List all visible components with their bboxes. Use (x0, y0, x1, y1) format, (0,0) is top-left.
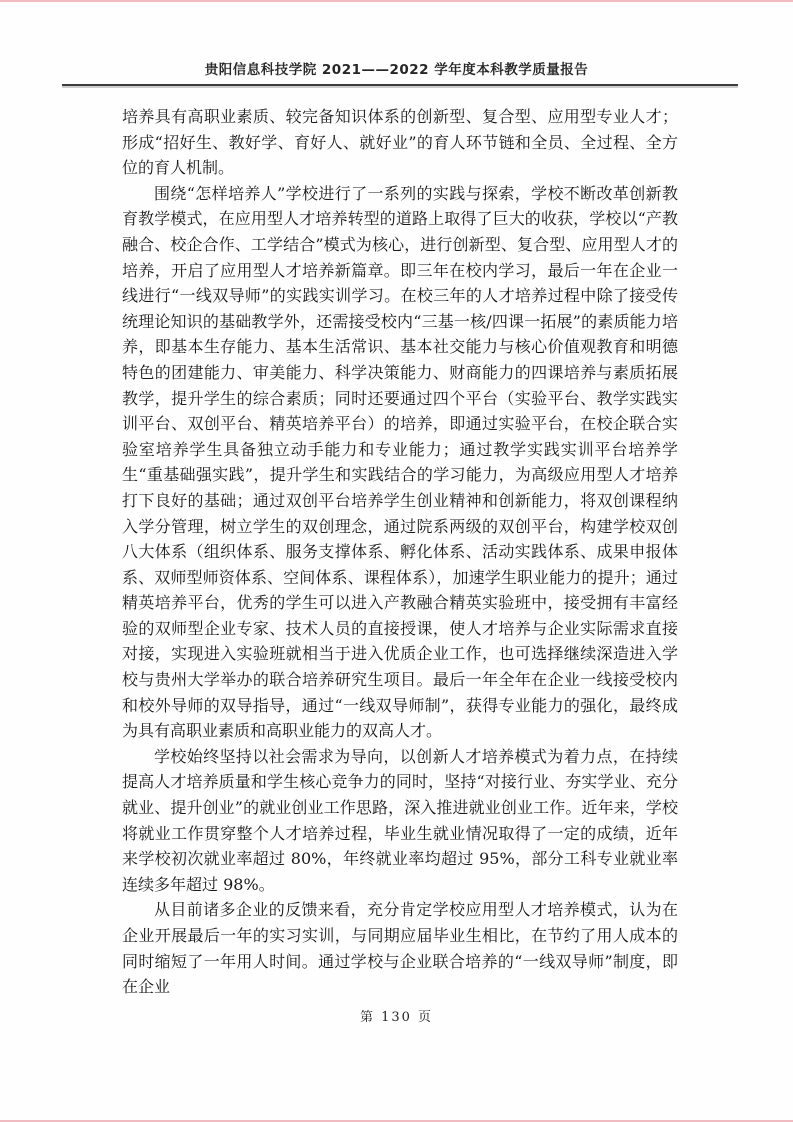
body-paragraph: 围绕“怎样培养人”学校进行了一系列的实践与探索，学校不断改革创新教育教学模式，在… (122, 181, 678, 744)
body-paragraph: 学校始终坚持以社会需求为导向，以创新人才培养模式为着力点，在持续提高人才培养质量… (122, 744, 678, 898)
scan-edge-top (0, 0, 793, 2)
page-header-title: 贵阳信息科技学院 2021——2022 学年度本科教学质量报告 (0, 58, 793, 78)
body-paragraph: 培养具有高职业素质、较完备知识体系的创新型、复合型、应用型专业人才；形成“招好生… (122, 104, 678, 181)
page-number: 第 130 页 (0, 1006, 793, 1025)
body-paragraph: 从目前诸多企业的反馈来看，充分肯定学校应用型人才培养模式，认为在企业开展最后一年… (122, 897, 678, 999)
document-page: 贵阳信息科技学院 2021——2022 学年度本科教学质量报告 培养具有高职业素… (0, 0, 793, 1122)
header-divider (62, 84, 738, 86)
body-text-block: 培养具有高职业素质、较完备知识体系的创新型、复合型、应用型专业人才；形成“招好生… (122, 104, 678, 1000)
